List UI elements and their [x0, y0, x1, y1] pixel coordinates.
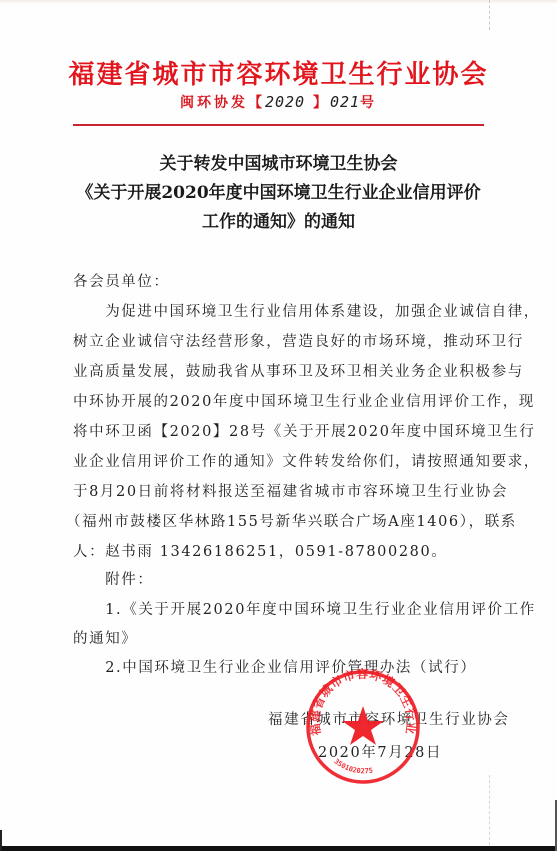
doc-number-prefix: 闽环协发【 — [180, 95, 265, 111]
doc-number-value: 021 — [330, 93, 360, 111]
paragraph-line: 业企业信用评价工作的通知》文件转发给你们，请按照通知要求， — [73, 450, 489, 471]
subject-line: 工作的通知》的通知 — [0, 208, 557, 237]
paragraph-line: 树立企业诚信守法经营形象，营造良好的市场环境，推动环卫行 — [73, 330, 489, 351]
paragraph-line: 于8月20日前将材料报送至福建省城市市容环境卫生行业协会 — [73, 480, 489, 501]
signature-date: 2020年7月28日 — [318, 741, 448, 762]
paragraph-line: 业高质量发展，鼓励我省从事环卫及环卫相关业务企业积极参与 — [73, 360, 489, 381]
scan-fold-mark — [489, 775, 491, 845]
document-subject: 关于转发中国城市环境卫生协会 《关于开展2020年度中国环境卫生行业企业信用评价… — [0, 150, 557, 237]
paragraph-line: 将中环卫函【2020】28号《关于开展2020年度中国环境卫生行 — [73, 420, 489, 441]
scan-edge-left — [0, 830, 2, 851]
organization-letterhead: 福建省城市市容环境卫生行业协会 — [0, 54, 557, 91]
doc-number-bracket: 】 — [313, 95, 330, 111]
letterhead-divider — [73, 124, 484, 126]
scan-edge-bottom — [0, 846, 557, 851]
attachment-item-2: 2.中国环境卫生行业企业信用评价管理办法（试行） — [73, 656, 489, 677]
paragraph-line: （福州市鼓楼区华林路155号新华兴联合广场A座1406），联系 — [66, 510, 482, 531]
subject-line: 《关于开展2020年度中国环境卫生行业企业信用评价 — [0, 179, 557, 208]
attachments-label: 附件： — [73, 568, 489, 589]
paragraph-line: 中环协开展的2020年度中国环境卫生行业企业信用评价工作，现 — [73, 390, 489, 411]
attachment-item-1-cont: 的通知》 — [73, 627, 489, 648]
attachment-item-1: 1.《关于开展2020年度中国环境卫生行业企业信用评价工作 — [73, 598, 489, 619]
scan-fold-mark — [489, 0, 491, 30]
subject-line: 关于转发中国城市环境卫生协会 — [0, 150, 557, 179]
paragraph-line: 人：赵书雨 13426186251，0591-87800280。 — [73, 540, 489, 561]
signature-organization: 福建省城市市容环境卫生行业协会 — [268, 708, 498, 729]
paragraph-line: 为促进中国环境卫生行业信用体系建设，加强企业诚信自律， — [73, 300, 489, 321]
scan-edge-top — [0, 0, 557, 4]
doc-number-suffix: 号 — [360, 95, 377, 111]
document-number: 闽环协发【2020 】021号 — [0, 92, 557, 112]
doc-number-year: 2020 — [265, 93, 305, 111]
salutation: 各会员单位： — [73, 270, 489, 291]
document-page: 福建省城市市容环境卫生行业协会 闽环协发【2020 】021号 关于转发中国城市… — [0, 0, 557, 851]
